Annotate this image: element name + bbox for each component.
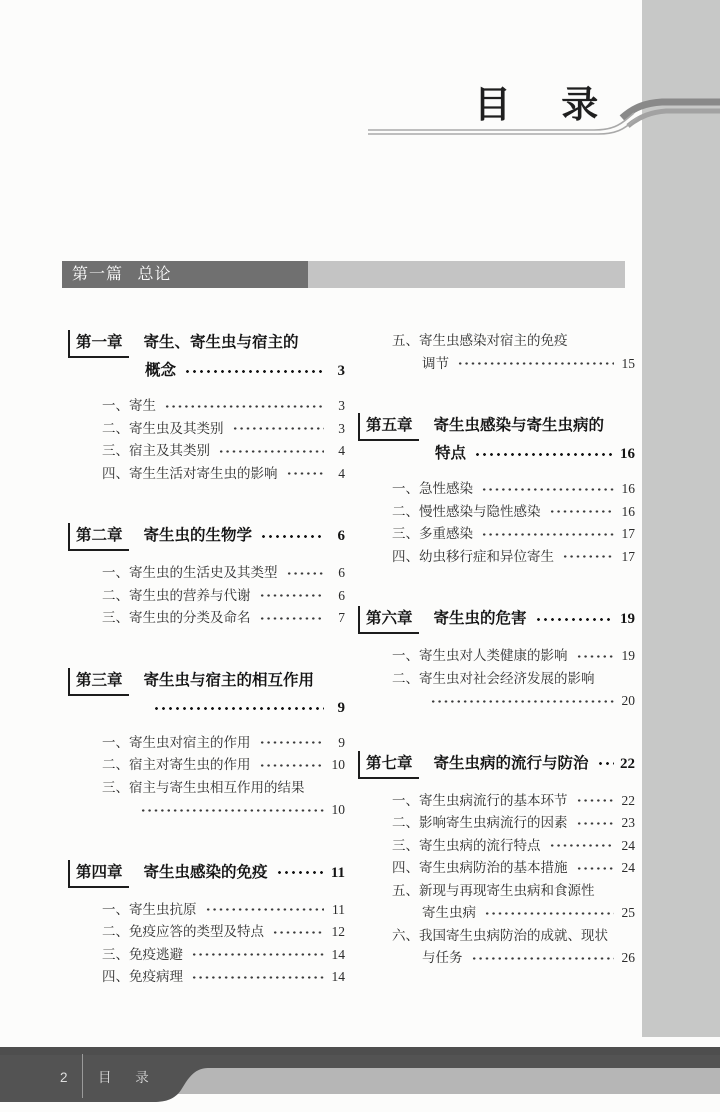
toc-entry-line: 三、宿主及其类别4 [68, 440, 345, 463]
entry-line-content: 三、宿主及其类别4 [102, 440, 345, 463]
entry-text: 三、免疫逃避 [102, 944, 183, 967]
page-number: 9 [329, 732, 345, 755]
entry-line-content: 二、免疫应答的类型及特点12 [102, 921, 345, 944]
toc-entry-line: 四、免疫病理14 [68, 966, 345, 989]
entry-line-content: 三、多重感染17 [392, 523, 635, 546]
toc-entry-line: 二、寄生虫及其类别3 [68, 418, 345, 441]
entry-text: 四、幼虫移行症和异位寄生 [392, 546, 554, 569]
chapter-title-line: 第七章寄生虫病的流行与防治22 [358, 751, 635, 779]
toc-entry: 四、寄生生活对寄生虫的影响4 [68, 463, 345, 486]
right-gray-sidebar [642, 0, 720, 1037]
page-number: 10 [329, 799, 345, 822]
page-number: 20 [619, 690, 635, 713]
entry-line-content: 一、寄生虫病流行的基本环节22 [392, 790, 635, 813]
entry-line-content: 一、寄生虫对人类健康的影响19 [392, 645, 635, 668]
entry-line-content: 一、寄生虫对宿主的作用9 [102, 732, 345, 755]
entry-text: 四、寄生虫病防治的基本措施 [392, 857, 568, 880]
toc-entry-line: 调节15 [358, 353, 635, 376]
page-number: 11 [329, 899, 345, 922]
toc-entry: 一、寄生虫病流行的基本环节22 [358, 790, 635, 813]
leader-dots [259, 592, 325, 599]
toc-entry-line: 三、寄生虫的分类及命名7 [68, 607, 345, 630]
entry-line-content: 二、寄生虫及其类别3 [102, 418, 345, 441]
chapter-title-text: 寄生虫感染的免疫 [144, 860, 268, 885]
toc-entry: 三、多重感染17 [358, 523, 635, 546]
toc-entry: 二、寄生虫对社会经济发展的影响20 [358, 668, 635, 713]
entry-line-content: 二、宿主对寄生虫的作用10 [102, 754, 345, 777]
chapter-title-line: 第一章寄生、寄生虫与宿主的 [68, 330, 345, 358]
entry-text: 六、我国寄生虫病防治的成就、现状 [392, 925, 608, 948]
page-number: 23 [619, 812, 635, 835]
toc-entry: 二、影响寄生虫病流行的因素23 [358, 812, 635, 835]
toc-entry: 一、寄生虫对人类健康的影响19 [358, 645, 635, 668]
entry-line-content: 10 [132, 799, 345, 822]
toc-entry-line: 三、寄生虫病的流行特点24 [358, 835, 635, 858]
entry-line-content: 二、慢性感染与隐性感染16 [392, 501, 635, 524]
leader-dots [535, 616, 614, 623]
toc-entry: 一、寄生虫抗原11 [68, 899, 345, 922]
chapter-title-text: 概念 [145, 358, 176, 383]
leader-dots [272, 929, 324, 936]
entry-text: 二、影响寄生虫病流行的因素 [392, 812, 568, 835]
toc-entries: 一、寄生虫对宿主的作用9二、宿主对寄生虫的作用10三、宿主与寄生虫相互作用的结果… [68, 732, 345, 822]
entry-text: 二、免疫应答的类型及特点 [102, 921, 264, 944]
leader-dots [576, 820, 615, 827]
toc-entry: 三、免疫逃避14 [68, 944, 345, 967]
entry-text: 二、宿主对寄生虫的作用 [102, 754, 251, 777]
entry-line-content: 一、寄生虫抗原11 [102, 899, 345, 922]
entry-text: 一、寄生虫对宿主的作用 [102, 732, 251, 755]
leader-dots [430, 698, 614, 705]
page-number: 3 [329, 395, 345, 418]
chapter-label: 第七章 [358, 751, 419, 779]
page-title: 目 录 [474, 74, 599, 128]
leader-dots [481, 486, 614, 493]
toc-entry: 一、寄生虫对宿主的作用9 [68, 732, 345, 755]
toc-entry: 二、寄生虫及其类别3 [68, 418, 345, 441]
toc-entries: 一、寄生虫的生活史及其类型6二、寄生虫的营养与代谢6三、寄生虫的分类及命名7 [68, 562, 345, 630]
entry-line-content: 三、寄生虫的分类及命名7 [102, 607, 345, 630]
toc-entry-line: 一、寄生虫的生活史及其类型6 [68, 562, 345, 585]
page-number: 3 [329, 359, 345, 384]
entry-line-content: 一、寄生3 [102, 395, 345, 418]
chapter-title-line: 特点16 [358, 441, 635, 467]
chapter-title-text: 寄生虫感染与寄生虫病的 [434, 413, 605, 438]
page-number: 15 [619, 353, 635, 376]
toc-entry-line: 三、多重感染17 [358, 523, 635, 546]
footer-divider [82, 1054, 83, 1098]
chapter-title-line: 第五章寄生虫感染与寄生虫病的 [358, 413, 635, 441]
entry-line-content: 二、寄生虫对社会经济发展的影响 [392, 668, 635, 691]
leader-dots [191, 951, 324, 958]
footer-section-label: 目 录 [98, 1068, 150, 1088]
leader-dots [474, 451, 614, 458]
page-number: 19 [619, 607, 635, 632]
entry-line-content: 二、影响寄生虫病流行的因素23 [392, 812, 635, 835]
toc-entries: 一、寄生虫对人类健康的影响19二、寄生虫对社会经济发展的影响20 [358, 645, 635, 713]
chapter-title-line-content: 概念3 [145, 358, 345, 384]
entry-line-content: 五、新现与再现寄生虫病和食源性 [392, 880, 635, 903]
chapter-title-line: 第二章寄生虫的生物学6 [68, 523, 345, 551]
toc-entry-line: 五、寄生虫感染对宿主的免疫 [358, 330, 635, 353]
toc-entry-line: 一、寄生虫对宿主的作用9 [68, 732, 345, 755]
toc-entry-line: 二、寄生虫对社会经济发展的影响 [358, 668, 635, 691]
entry-text: 一、寄生虫对人类健康的影响 [392, 645, 568, 668]
toc-entries: 五、寄生虫感染对宿主的免疫调节15 [358, 330, 635, 375]
leader-dots [260, 533, 324, 540]
leader-dots [218, 448, 324, 455]
toc-entry-line: 四、幼虫移行症和异位寄生17 [358, 546, 635, 569]
page-number: 17 [619, 523, 635, 546]
entry-line-content: 一、急性感染16 [392, 478, 635, 501]
leader-dots [276, 869, 324, 876]
toc-entry-line: 三、免疫逃避14 [68, 944, 345, 967]
leader-dots [164, 403, 324, 410]
toc-entry-line: 20 [358, 690, 635, 713]
toc-entry-line: 与任务26 [358, 947, 635, 970]
toc-entry-line: 一、寄生3 [68, 395, 345, 418]
toc-entry: 三、宿主及其类别4 [68, 440, 345, 463]
entry-text: 调节 [422, 353, 449, 376]
entry-text: 二、慢性感染与隐性感染 [392, 501, 541, 524]
entry-line-content: 四、免疫病理14 [102, 966, 345, 989]
toc-entry: 四、幼虫移行症和异位寄生17 [358, 546, 635, 569]
page-number: 22 [619, 752, 635, 777]
entry-line-content: 四、寄生生活对寄生虫的影响4 [102, 463, 345, 486]
chapter-heading: 第一章寄生、寄生虫与宿主的概念3 [68, 330, 345, 384]
leader-dots [576, 797, 615, 804]
page-number: 9 [329, 696, 345, 721]
chapter-label: 第四章 [68, 860, 129, 888]
chapter-title-line-content: 特点16 [435, 441, 635, 467]
entry-line-content: 一、寄生虫的生活史及其类型6 [102, 562, 345, 585]
chapter-heading: 第五章寄生虫感染与寄生虫病的特点16 [358, 413, 635, 467]
chapter-label: 第二章 [68, 523, 129, 551]
page-number: 16 [619, 478, 635, 501]
toc-entry-line: 一、寄生虫抗原11 [68, 899, 345, 922]
leader-dots [259, 739, 325, 746]
toc-entries: 一、急性感染16二、慢性感染与隐性感染16三、多重感染17四、幼虫移行症和异位寄… [358, 478, 635, 568]
toc-entry-line: 四、寄生虫病防治的基本措施24 [358, 857, 635, 880]
toc-entry: 三、寄生虫病的流行特点24 [358, 835, 635, 858]
chapter-title-line-content: 寄生虫病的流行与防治22 [434, 751, 635, 777]
entry-text: 与任务 [422, 947, 463, 970]
chapter-title-line-content: 寄生虫感染的免疫11 [144, 860, 345, 886]
entry-line-content: 与任务26 [422, 947, 635, 970]
toc-entry: 二、慢性感染与隐性感染16 [358, 501, 635, 524]
chapter-title-line-content: 寄生虫与宿主的相互作用 [144, 668, 345, 693]
chapter-title-line-content: 寄生虫的危害19 [434, 606, 635, 632]
chapter-title-line: 第四章寄生虫感染的免疫11 [68, 860, 345, 888]
toc-entry: 六、我国寄生虫病防治的成就、现状与任务26 [358, 925, 635, 970]
chapter-label: 第五章 [358, 413, 419, 441]
toc-entry: 一、急性感染16 [358, 478, 635, 501]
part-header-bar: 第一篇 总论 [62, 261, 625, 288]
chapter-title-line-content: 9 [145, 696, 345, 721]
entry-text: 三、宿主与寄生虫相互作用的结果 [102, 777, 305, 800]
leader-dots [259, 762, 325, 769]
page-number: 22 [619, 790, 635, 813]
entry-text: 三、宿主及其类别 [102, 440, 210, 463]
leader-dots [484, 910, 614, 917]
leader-dots [286, 570, 325, 577]
entry-line-content: 三、免疫逃避14 [102, 944, 345, 967]
entry-text: 一、急性感染 [392, 478, 473, 501]
chapter-heading: 第三章寄生虫与宿主的相互作用9 [68, 668, 345, 721]
toc-entry: 五、新现与再现寄生虫病和食源性寄生虫病25 [358, 880, 635, 925]
entry-line-content: 三、宿主与寄生虫相互作用的结果 [102, 777, 345, 800]
toc-entry-line: 四、寄生生活对寄生虫的影响4 [68, 463, 345, 486]
chapter-title-text: 特点 [435, 441, 466, 466]
page-number: 6 [329, 524, 345, 549]
entry-line-content: 寄生虫病25 [422, 902, 635, 925]
entry-text: 二、寄生虫对社会经济发展的影响 [392, 668, 595, 691]
leader-dots [562, 553, 614, 560]
page-number: 11 [329, 861, 345, 886]
toc-entry-line: 二、慢性感染与隐性感染16 [358, 501, 635, 524]
entry-text: 一、寄生虫抗原 [102, 899, 197, 922]
leader-dots [191, 974, 324, 981]
page-number: 16 [619, 501, 635, 524]
leader-dots [286, 470, 325, 477]
toc-entry: 三、寄生虫的分类及命名7 [68, 607, 345, 630]
page-number: 24 [619, 835, 635, 858]
chapter-title-line-content: 寄生、寄生虫与宿主的 [144, 330, 345, 355]
entry-text: 二、寄生虫的营养与代谢 [102, 585, 251, 608]
leader-dots [549, 508, 615, 515]
entry-line-content: 四、寄生虫病防治的基本措施24 [392, 857, 635, 880]
toc-entry-line: 一、急性感染16 [358, 478, 635, 501]
toc-column-left: 第一章寄生、寄生虫与宿主的概念3一、寄生3二、寄生虫及其类别3三、宿主及其类别4… [68, 322, 345, 989]
toc-column-right: 五、寄生虫感染对宿主的免疫调节15第五章寄生虫感染与寄生虫病的特点16一、急性感… [358, 322, 635, 970]
leader-dots [597, 760, 614, 767]
page-number: 26 [619, 947, 635, 970]
toc-entry: 五、寄生虫感染对宿主的免疫调节15 [358, 330, 635, 375]
leader-dots [576, 865, 615, 872]
toc-entry-line: 五、新现与再现寄生虫病和食源性 [358, 880, 635, 903]
toc-entry-line: 一、寄生虫病流行的基本环节22 [358, 790, 635, 813]
toc-entry-line: 二、寄生虫的营养与代谢6 [68, 585, 345, 608]
leader-dots [153, 705, 324, 712]
chapter-title-line-content: 寄生虫的生物学6 [144, 523, 345, 549]
entry-text: 一、寄生 [102, 395, 156, 418]
page-number: 12 [329, 921, 345, 944]
entry-line-content: 四、幼虫移行症和异位寄生17 [392, 546, 635, 569]
chapter-title-text: 寄生虫的生物学 [144, 523, 253, 548]
chapter-label: 第六章 [358, 606, 419, 634]
page-number: 24 [619, 857, 635, 880]
toc-entry: 三、宿主与寄生虫相互作用的结果10 [68, 777, 345, 822]
page-number: 14 [329, 944, 345, 967]
page-number: 17 [619, 546, 635, 569]
toc-entry-line: 寄生虫病25 [358, 902, 635, 925]
toc-entry: 二、免疫应答的类型及特点12 [68, 921, 345, 944]
chapter-title-line: 第六章寄生虫的危害19 [358, 606, 635, 634]
chapter-title-line-content: 寄生虫感染与寄生虫病的 [434, 413, 635, 438]
entry-line-content: 20 [422, 690, 635, 713]
page-number: 14 [329, 966, 345, 989]
entry-text: 五、寄生虫感染对宿主的免疫 [392, 330, 568, 353]
toc-entries: 一、寄生虫病流行的基本环节22二、影响寄生虫病流行的因素23三、寄生虫病的流行特… [358, 790, 635, 970]
toc-entry-line: 二、影响寄生虫病流行的因素23 [358, 812, 635, 835]
entry-text: 寄生虫病 [422, 902, 476, 925]
toc-entries: 一、寄生3二、寄生虫及其类别3三、宿主及其类别4四、寄生生活对寄生虫的影响4 [68, 395, 345, 485]
chapter-title-text: 寄生虫病的流行与防治 [434, 751, 589, 776]
chapter-label: 第三章 [68, 668, 129, 696]
toc-entry: 二、寄生虫的营养与代谢6 [68, 585, 345, 608]
chapter-heading: 第四章寄生虫感染的免疫11 [68, 860, 345, 888]
leader-dots [471, 955, 615, 962]
document-page: 目 录 第一篇 总论 第一章寄生、寄生虫与宿主的概念3一、寄生3二、寄生虫及其类… [0, 0, 720, 1112]
page-number: 3 [329, 418, 345, 441]
page-number: 4 [329, 463, 345, 486]
entry-text: 四、寄生生活对寄生虫的影响 [102, 463, 278, 486]
page-number: 7 [329, 607, 345, 630]
part-header-light-strip [308, 261, 625, 288]
page-number: 6 [329, 562, 345, 585]
entry-text: 三、寄生虫的分类及命名 [102, 607, 251, 630]
leader-dots [576, 653, 615, 660]
part-header-label: 第一篇 总论 [62, 261, 308, 288]
toc-entry-line: 一、寄生虫对人类健康的影响19 [358, 645, 635, 668]
chapter-heading: 第二章寄生虫的生物学6 [68, 523, 345, 551]
toc-entry: 一、寄生虫的生活史及其类型6 [68, 562, 345, 585]
leader-dots [184, 368, 324, 375]
entry-line-content: 二、寄生虫的营养与代谢6 [102, 585, 345, 608]
page-number: 19 [619, 645, 635, 668]
chapter-title-line: 概念3 [68, 358, 345, 384]
entry-text: 一、寄生虫的生活史及其类型 [102, 562, 278, 585]
toc-entry: 四、寄生虫病防治的基本措施24 [358, 857, 635, 880]
toc-entry: 一、寄生3 [68, 395, 345, 418]
leader-dots [205, 906, 325, 913]
toc-entry: 四、免疫病理14 [68, 966, 345, 989]
entry-line-content: 六、我国寄生虫病防治的成就、现状 [392, 925, 635, 948]
leader-dots [140, 807, 324, 814]
page-number: 6 [329, 585, 345, 608]
chapter-heading: 第六章寄生虫的危害19 [358, 606, 635, 634]
toc-entry-line: 六、我国寄生虫病防治的成就、现状 [358, 925, 635, 948]
chapter-title-text: 寄生、寄生虫与宿主的 [144, 330, 299, 355]
chapter-label: 第一章 [68, 330, 129, 358]
entry-text: 四、免疫病理 [102, 966, 183, 989]
entry-line-content: 五、寄生虫感染对宿主的免疫 [392, 330, 635, 353]
entry-text: 二、寄生虫及其类别 [102, 418, 224, 441]
toc-entry-line: 二、免疫应答的类型及特点12 [68, 921, 345, 944]
footer-page-number: 2 [60, 1068, 68, 1088]
entry-line-content: 三、寄生虫病的流行特点24 [392, 835, 635, 858]
entry-text: 五、新现与再现寄生虫病和食源性 [392, 880, 595, 903]
entry-text: 三、多重感染 [392, 523, 473, 546]
leader-dots [549, 842, 615, 849]
chapter-title-line: 9 [68, 696, 345, 721]
toc-entries: 一、寄生虫抗原11二、免疫应答的类型及特点12三、免疫逃避14四、免疫病理14 [68, 899, 345, 989]
chapter-heading: 第七章寄生虫病的流行与防治22 [358, 751, 635, 779]
leader-dots [481, 531, 614, 538]
chapter-title-text: 寄生虫的危害 [434, 606, 527, 631]
page-number: 4 [329, 440, 345, 463]
leader-dots [457, 360, 614, 367]
toc-entry: 二、宿主对寄生虫的作用10 [68, 754, 345, 777]
leader-dots [232, 425, 325, 432]
toc-entry-line: 二、宿主对寄生虫的作用10 [68, 754, 345, 777]
page-number: 25 [619, 902, 635, 925]
leader-dots [259, 615, 325, 622]
chapter-title-text: 寄生虫与宿主的相互作用 [144, 668, 315, 693]
toc-entry-line: 三、宿主与寄生虫相互作用的结果 [68, 777, 345, 800]
page-number: 10 [329, 754, 345, 777]
entry-line-content: 调节15 [422, 353, 635, 376]
entry-text: 三、寄生虫病的流行特点 [392, 835, 541, 858]
entry-text: 一、寄生虫病流行的基本环节 [392, 790, 568, 813]
chapter-title-line: 第三章寄生虫与宿主的相互作用 [68, 668, 345, 696]
page-number: 16 [619, 442, 635, 467]
toc-entry-line: 10 [68, 799, 345, 822]
